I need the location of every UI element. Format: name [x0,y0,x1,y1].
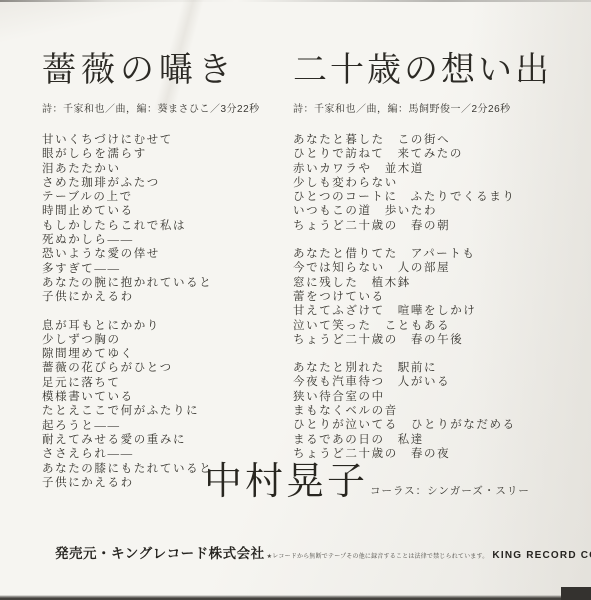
lyrics-right: あなたと暮した この街へひとりで訪ねて 来てみたの赤いカワラや 並木道少しも変わ… [293,133,573,461]
lyric-line: 泪あたたかい [42,162,287,176]
lyric-line: 少しも変わらない [293,176,573,190]
lyric-line: 眼がしらを濡らす [42,147,287,161]
lyrics-left: 甘いくちづけにむせて眼がしらを濡らす泪あたたかいさめた珈琲がふたつテーブルの上で… [42,133,287,490]
lyric-line: 蕾をつけている [293,290,573,304]
stanza: あなたと暮した この街へひとりで訪ねて 来てみたの赤いカワラや 並木道少しも変わ… [293,133,573,233]
stanza: あなたと借りてた アパートも今では知らない 人の部屋窓に残した 植木鉢蕾をつけて… [293,247,573,347]
lyric-line: 今夜も汽車待つ 人がいる [293,375,573,389]
lyric-line: 窓に残した 植木鉢 [293,276,573,290]
song-section-right: 二十歳の想い出 詩：千家和也／曲，編：馬飼野俊一／2分26秒 あなたと暮した こ… [293,42,573,475]
scan-corner-mark [561,587,591,600]
scan-edge-bottom [0,595,591,600]
lyric-line: 隙間埋めてゆく [42,347,287,361]
lyric-line: 泣いて笑った こともある [293,319,573,333]
stanza: 甘いくちづけにむせて眼がしらを濡らす泪あたたかいさめた珈琲がふたつテーブルの上で… [42,133,287,305]
lyric-line: 起ろうと—— [42,419,287,433]
lyric-line: 赤いカワラや 並木道 [293,162,573,176]
record-sleeve-back: 薔薇の囁き 詩：千家和也／曲，編：葵まさひこ／3分22秒 甘いくちづけにむせて眼… [0,0,591,600]
lyric-line: 多すぎて—— [42,262,287,276]
lyric-line: ひとりが泣いてる ひとりがなだめる [293,418,573,432]
lyric-line: ちょうど二十歳の 春の朝 [293,219,573,233]
company-name-english: KING RECORD CO. LTD. Japan [492,550,591,561]
lyric-line: まもなくベルの音 [293,404,573,418]
lyric-line: 恐いような愛の倖せ [42,247,287,261]
lyric-line: 薔薇の花びらがひとつ [42,361,287,375]
song-credits-right: 詩：千家和也／曲，編：馬飼野俊一／2分26秒 [293,100,573,115]
chorus-credit: コーラス：シンガーズ・スリー [370,483,530,498]
scan-edge-top [0,0,591,2]
lyric-line: たとえここで何がふたりに [42,404,287,418]
lyric-line: ちょうど二十歳の 春の午後 [293,333,573,347]
lyric-line: 甘えてふざけて 喧嘩をしかけ [293,304,573,318]
lyric-line: 息が耳もとにかかり [42,319,287,333]
publisher-name: 発売元・キングレコード株式会社 [55,542,265,562]
lyric-line: いつもこの道 歩いたわ [293,204,573,218]
lyric-line: ひとりで訪ねて 来てみたの [293,147,573,161]
lyric-line: さめた珈琲がふたつ [42,176,287,190]
artist-name: 中村晃子 [204,450,368,505]
lyric-line: もしかしたらこれで私は [42,219,287,233]
lyric-line: あなたの腕に抱かれていると [42,276,287,290]
lyric-line: 模様書いている [42,390,287,404]
lyric-line: あなたと暮した この街へ [293,133,573,147]
lyric-line: 少しずつ胸の [42,333,287,347]
lyric-line: 耐えてみせる愛の重みに [42,433,287,447]
song-credits-left: 詩：千家和也／曲，編：葵まさひこ／3分22秒 [42,100,287,115]
lyric-line: 死ぬかしら—— [42,233,287,247]
song-title-right: 二十歳の想い出 [293,42,573,91]
footer-line: 発売元・キングレコード株式会社 ★レコードから無断でテープその他に録音することは… [55,542,580,562]
lyric-line: あなたと別れた 駅前に [293,361,573,375]
lyric-line: あなたと借りてた アパートも [293,247,573,261]
lyric-line: 甘いくちづけにむせて [42,133,287,147]
song-section-left: 薔薇の囁き 詩：千家和也／曲，編：葵まさひこ／3分22秒 甘いくちづけにむせて眼… [42,42,287,504]
lyric-line: まるであの日の 私達 [293,433,573,447]
lyric-line: 時間止めている [42,204,287,218]
lyric-line: 子供にかえるわ [42,290,287,304]
lyric-line: 足元に落ちて [42,376,287,390]
lyric-line: 狭い待合室の中 [293,390,573,404]
lyric-line: テーブルの上で [42,190,287,204]
lyric-line: ひとつのコートに ふたりでくるまり [293,190,573,204]
lyric-line: 今では知らない 人の部屋 [293,261,573,275]
artist-row: 中村晃子 コーラス：シンガーズ・スリー [0,450,591,510]
stanza: あなたと別れた 駅前に今夜も汽車待つ 人がいる狭い待合室の中まもなくベルの音ひと… [293,361,573,461]
copy-warning-notice: ★レコードから無断でテープその他に録音することは法律で禁じられています。 [267,551,489,560]
song-title-left: 薔薇の囁き [42,42,287,91]
